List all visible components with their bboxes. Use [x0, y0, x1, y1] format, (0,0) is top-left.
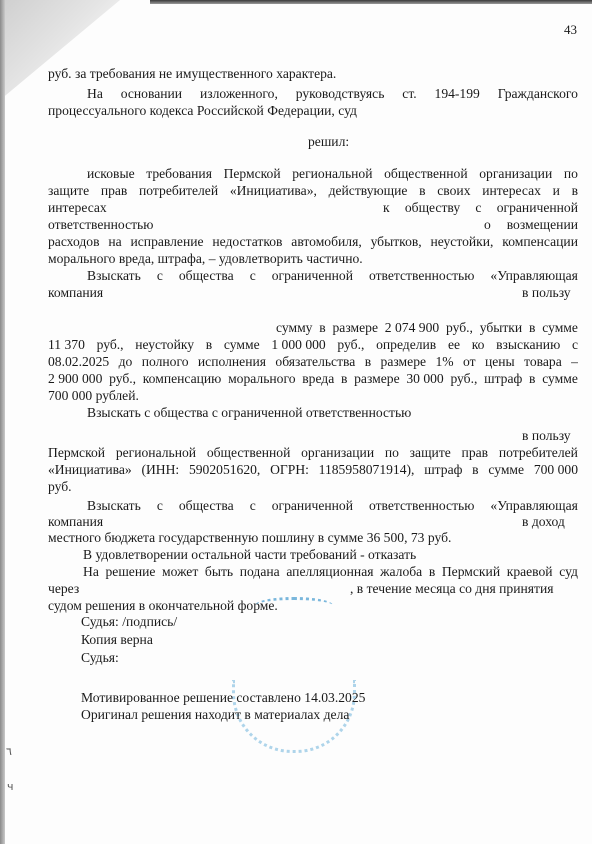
word: с — [157, 268, 163, 283]
word: компенсации — [502, 234, 578, 249]
word: На — [83, 564, 99, 579]
word: прав — [462, 445, 489, 460]
word: исполнения — [198, 354, 266, 369]
text-line: в пользу — [522, 428, 571, 443]
word: потребителей — [499, 445, 578, 460]
word: и — [553, 183, 560, 198]
text-line: местного бюджета государственную пошлину… — [48, 530, 451, 545]
text-line: суммувразмере2 074 900руб.,убыткивсумме — [276, 320, 578, 335]
word: суд — [559, 564, 578, 579]
word: Пермской — [224, 166, 281, 181]
word: взысканию — [496, 337, 560, 352]
word: на — [108, 234, 121, 249]
word: вреда — [302, 371, 334, 386]
word: размере — [333, 320, 378, 335]
word: Взыскать — [87, 498, 141, 513]
text-line: кобществусограниченной — [383, 200, 578, 215]
word: 1185958071914), — [319, 462, 415, 477]
word: жалоба — [380, 564, 422, 579]
word: от — [463, 354, 476, 369]
reasoned-decision-date: Мотивированное решение составлено 14.03.… — [81, 690, 365, 705]
document-page: 43 руб. за требования не имущественного … — [0, 0, 592, 844]
margin-handwriting: ч — [7, 780, 14, 793]
word: руб., — [446, 320, 473, 335]
text-line: «Инициатива»(ИНН:5902051620,ОГРН:1185958… — [48, 462, 578, 477]
word: ограниченной — [272, 498, 353, 513]
word: определив — [376, 337, 436, 352]
word: 1 000 000 — [271, 337, 325, 352]
word: расходов — [48, 234, 100, 249]
word: по — [385, 445, 399, 460]
word: может — [162, 564, 198, 579]
word: недостатков — [212, 234, 282, 249]
word: защите — [410, 445, 451, 460]
word: интересах — [482, 183, 541, 198]
word: исправление — [130, 234, 203, 249]
word: – — [571, 354, 578, 369]
word: штраф — [424, 462, 462, 477]
operative-heading: решил: — [308, 134, 349, 149]
margin-handwriting: ٦ — [6, 745, 12, 758]
word: неустойку — [135, 337, 194, 352]
text-line: Взыскатьсобществасограниченнойответствен… — [87, 268, 578, 283]
text-line: интересах — [48, 200, 107, 215]
judge-label: Судья: — [81, 650, 119, 665]
word: 2 900 000 — [48, 371, 102, 386]
text-line: расходовнаисправлениенедостатковавтомоби… — [48, 234, 578, 249]
word: организации — [301, 445, 374, 460]
word: в — [529, 320, 535, 335]
text-line: , в течение месяца со дня принятия — [350, 581, 553, 596]
word: цены — [485, 354, 515, 369]
word: сумме — [542, 320, 578, 335]
word: с — [250, 268, 256, 283]
word: к — [383, 200, 390, 215]
page-top-edge — [150, 0, 592, 4]
word: в — [472, 462, 478, 477]
text-line: В удовлетворении остальной части требова… — [83, 547, 416, 562]
word: решение — [105, 564, 155, 579]
word: региональной — [292, 166, 372, 181]
text-line: судом решения в окончательной форме. — [48, 598, 278, 613]
word: в — [341, 371, 347, 386]
word: ко — [472, 337, 485, 352]
word: подана — [240, 564, 280, 579]
word: «Управляющая — [490, 268, 578, 283]
word: своих — [437, 183, 470, 198]
word: сумму — [276, 320, 312, 335]
word: апелляционная — [286, 564, 373, 579]
word: с — [157, 498, 163, 513]
word: исковые — [87, 166, 135, 181]
word: изложенного, — [200, 86, 278, 101]
word: общественной — [207, 445, 291, 460]
folded-corner — [0, 0, 120, 100]
word: Взыскать — [87, 268, 141, 283]
word: возмещении — [507, 217, 578, 232]
text-line: морального вреда, штрафа, – удовлетворит… — [48, 251, 363, 266]
word: в — [429, 564, 435, 579]
word: с — [572, 337, 578, 352]
word: в — [365, 354, 371, 369]
text-line: через — [48, 581, 79, 596]
word: компенсацию — [143, 371, 222, 386]
word: потребителей — [139, 183, 218, 198]
text-line: 2 900 000руб.,компенсациюморальноговреда… — [48, 371, 578, 386]
word: о — [484, 217, 491, 232]
text-line: Пермскойрегиональнойобщественнойорганиза… — [48, 445, 578, 460]
text-line: 700 000 рублей. — [48, 388, 139, 403]
word: Пермский — [442, 564, 500, 579]
word: общественной — [384, 166, 468, 181]
original-location: Оригинал решения находит в материалах де… — [81, 707, 349, 722]
text-line: процессуального кодекса Российской Федер… — [48, 103, 357, 118]
text-line: руб. — [48, 479, 72, 494]
word: (ИНН: — [141, 462, 179, 477]
text-line: овозмещении — [484, 217, 578, 232]
word: быть — [205, 564, 233, 579]
text-line: Наоснованииизложенного,руководствуясьст.… — [87, 86, 578, 101]
text-line: в доход — [522, 514, 565, 529]
word: в — [319, 320, 325, 335]
word: защите — [48, 183, 89, 198]
word: руб., — [97, 337, 124, 352]
text-line: 08.02.2025дополногоисполненияобязательст… — [48, 354, 578, 369]
word: руб., — [109, 371, 136, 386]
text-line: Нарешениеможетбытьподанаапелляционнаяжал… — [83, 564, 578, 579]
word: руководствуясь — [296, 86, 385, 101]
word: сумме — [542, 371, 578, 386]
word: руб., — [450, 371, 477, 386]
judge-signature: Судья: /подпись/ — [81, 614, 177, 629]
word: ст. — [402, 86, 416, 101]
word: убытки — [480, 320, 523, 335]
word: автомобиля, — [291, 234, 361, 249]
word: с — [475, 200, 481, 215]
word: действующие — [329, 183, 408, 198]
text-line: Взыскатьсобществасограниченнойответствен… — [87, 498, 578, 513]
word: региональной — [116, 445, 196, 460]
word: 11 370 — [48, 337, 85, 352]
word: в — [529, 371, 535, 386]
word: общества — [179, 268, 234, 283]
word: размере — [354, 371, 399, 386]
word: ограниченной — [272, 268, 353, 283]
word: сумме — [224, 337, 260, 352]
word: «Инициатива» — [48, 462, 132, 477]
word: «Управляющая — [490, 498, 578, 513]
word: по — [564, 166, 578, 181]
word: ограниченной — [497, 200, 578, 215]
word: в — [572, 183, 578, 198]
word: «Инициатива», — [230, 183, 317, 198]
word: товара — [524, 354, 562, 369]
word: полного — [142, 354, 189, 369]
word: 5902051620, — [189, 462, 260, 477]
word: общества — [179, 498, 234, 513]
word: размере — [381, 354, 426, 369]
word: 08.02.2025 — [48, 354, 109, 369]
text-line: Взыскать с общества с ограниченной ответ… — [87, 405, 411, 420]
word: краевой — [507, 564, 553, 579]
word: требования — [146, 166, 212, 181]
text-line: руб. за требования не имущественного хар… — [48, 66, 336, 81]
page-number: 43 — [564, 22, 577, 38]
word: штраф — [484, 371, 522, 386]
word: морального — [228, 371, 295, 386]
word: 2 074 900 — [385, 320, 439, 335]
text-line: компания — [48, 285, 103, 300]
word: до — [119, 354, 133, 369]
text-line: защитеправпотребителей«Инициатива»,дейст… — [48, 183, 578, 198]
word: 700 000 — [534, 462, 578, 477]
word: ответственностью — [369, 498, 474, 513]
word: 194-199 — [435, 86, 480, 101]
word: На — [87, 86, 103, 101]
word: в — [206, 337, 212, 352]
copy-certified: Копия верна — [81, 632, 153, 647]
word: ответственностью — [369, 268, 474, 283]
word: Пермской — [48, 445, 105, 460]
court-stamp-fragment — [255, 597, 333, 614]
word: Гражданского — [498, 86, 578, 101]
word: 30 000 — [406, 371, 443, 386]
word: организации — [479, 166, 552, 181]
text-line: в пользу — [522, 285, 571, 300]
word: сумме — [488, 462, 524, 477]
word: руб., — [337, 337, 364, 352]
word: обязательства — [275, 354, 355, 369]
word: с — [250, 498, 256, 513]
text-line: исковыетребованияПермскойрегиональнойобщ… — [87, 166, 578, 181]
word: убытков, — [371, 234, 422, 249]
word: ее — [448, 337, 460, 352]
word: прав — [101, 183, 128, 198]
word: ОГРН: — [270, 462, 309, 477]
word: неустойки, — [431, 234, 494, 249]
text-line: ответственностью — [48, 217, 153, 232]
page-left-edge — [0, 0, 5, 844]
text-line: компания — [48, 514, 103, 529]
word: в — [419, 183, 425, 198]
word: обществу — [405, 200, 460, 215]
word: 1% — [435, 354, 453, 369]
text-line: 11 370руб.,неустойкувсумме1 000 000руб.,… — [48, 337, 578, 352]
word: основании — [121, 86, 182, 101]
